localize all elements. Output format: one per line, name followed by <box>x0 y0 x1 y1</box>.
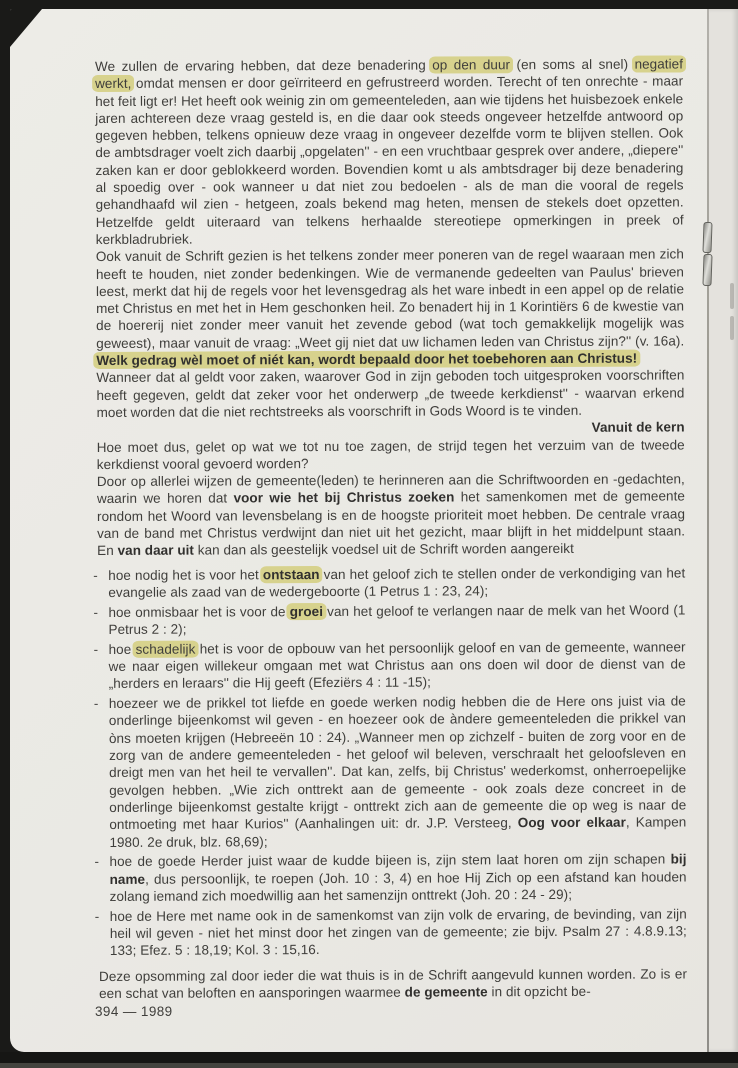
text-run: We zullen de ervaring hebben, dat deze b… <box>95 58 432 74</box>
paragraph: Hoe moet dus, gelet op wat we tot nu toe… <box>97 436 685 473</box>
bold-text: voor wie het bij Christus zoeken <box>234 490 455 506</box>
list-item: -hoe de Here met name ook in de samenkom… <box>95 905 687 959</box>
list-item-text: hoe de Here met name ook in de samenkoms… <box>110 905 687 959</box>
edge-mark <box>730 316 734 340</box>
text-run: kan dan als geestelijk voedsel uit de Sc… <box>194 541 574 558</box>
section-heading: Vanuit de kern <box>97 419 685 439</box>
bold-text: de gemeente <box>405 984 488 999</box>
text-run: Ook vanuit de Schrift gezien is het telk… <box>96 247 684 351</box>
list-item-text: hoe de goede Herder juist waar de kudde … <box>109 851 686 905</box>
text-run: hoezeer we de prikkel tot liefde en goed… <box>109 694 687 833</box>
text-run: Hoe moet dus, gelet op wat we tot nu toe… <box>97 437 685 472</box>
text-run: (en soms al snel) <box>510 57 635 73</box>
text-run: hoe <box>109 642 136 657</box>
list-item: -hoe schadelijk het is voor de opbouw va… <box>94 638 686 692</box>
paragraph: Deze opsomming zal door ieder die wat th… <box>99 965 687 1002</box>
bullet-list: -hoe nodig het is voor het ontstaan van … <box>97 564 687 960</box>
page: We zullen de ervaring hebben, dat deze b… <box>10 9 709 1052</box>
document-body: We zullen de ervaring hebben, dat deze b… <box>95 55 687 1002</box>
bold-text: Oog voor elkaar <box>518 815 626 830</box>
highlighted-text: groei <box>287 603 326 620</box>
list-item: -hoe de goede Herder juist waar de kudde… <box>94 851 686 905</box>
list-item: -hoe onmisbaar het is voor de groei van … <box>93 601 685 638</box>
highlighted-text: op den duur <box>429 56 513 73</box>
bullet-dash: - <box>93 567 108 602</box>
highlighted-text: schadelijk <box>133 640 199 657</box>
text-run: in dit opzicht be- <box>488 984 591 999</box>
bold-text: van daar uit <box>118 543 194 558</box>
list-item-text: hoezeer we de prikkel tot liefde en goed… <box>109 693 687 851</box>
highlighted-text: Welk gedrag wèl moet of niét kan, wordt … <box>93 350 640 369</box>
text-run: Wanneer dat al geldt voor zaken, waarove… <box>96 368 684 420</box>
paragraph: Door op allerlei wijzen de gemeente(lede… <box>97 471 685 560</box>
bullet-dash: - <box>93 604 108 639</box>
adjacent-page-edge <box>709 9 738 1052</box>
bullet-dash: - <box>94 641 109 693</box>
text-run: hoe de Here met name ook in de samenkoms… <box>110 906 687 958</box>
scan-background: We zullen de ervaring hebben, dat deze b… <box>0 0 738 1068</box>
bottom-scan-bar <box>0 1052 738 1063</box>
text-run: hoe de goede Herder juist waar de kudde … <box>109 852 670 869</box>
page-content: We zullen de ervaring hebben, dat deze b… <box>95 55 687 1002</box>
list-item: -hoe nodig het is voor het ontstaan van … <box>93 564 685 601</box>
text-run: hoe nodig het is voor het <box>108 567 263 583</box>
text-run: hoe onmisbaar het is voor de <box>108 604 289 620</box>
bullet-dash: - <box>95 908 110 960</box>
staple-bottom-icon <box>702 254 712 286</box>
text-run: Deze opsomming zal door ieder die wat th… <box>99 966 687 1001</box>
list-item-text: hoe nodig het is voor het ontstaan van h… <box>108 564 685 601</box>
staple-top-icon <box>702 222 712 253</box>
corner-cut <box>10 9 42 47</box>
bottom-scan-strip <box>0 1063 738 1068</box>
text-run: het is voor de opbouw van het persoonlij… <box>109 639 686 691</box>
edge-mark <box>730 283 734 309</box>
highlighted-text: ontstaan <box>260 566 323 583</box>
list-item-text: hoe onmisbaar het is voor de groei van h… <box>108 601 685 638</box>
text-run: , dus persoonlijk, te roepen (Joh. 10 : … <box>110 869 687 904</box>
bullet-dash: - <box>94 695 110 851</box>
paragraph: Ook vanuit de Schrift gezien is het telk… <box>96 246 685 370</box>
text-run: omdat mensen er door geïrriteerd en gefr… <box>95 74 684 247</box>
paragraph: We zullen de ervaring hebben, dat deze b… <box>95 55 684 248</box>
list-item-text: hoe schadelijk het is voor de opbouw van… <box>109 638 686 692</box>
list-item: -hoezeer we de prikkel tot liefde en goe… <box>94 693 687 851</box>
page-footer: 394 — 1989 <box>95 1004 173 1019</box>
paragraph: Wanneer dat al geldt voor zaken, waarove… <box>96 367 684 421</box>
bold-text: Vanuit de kern <box>592 420 685 435</box>
bullet-dash: - <box>94 853 109 905</box>
